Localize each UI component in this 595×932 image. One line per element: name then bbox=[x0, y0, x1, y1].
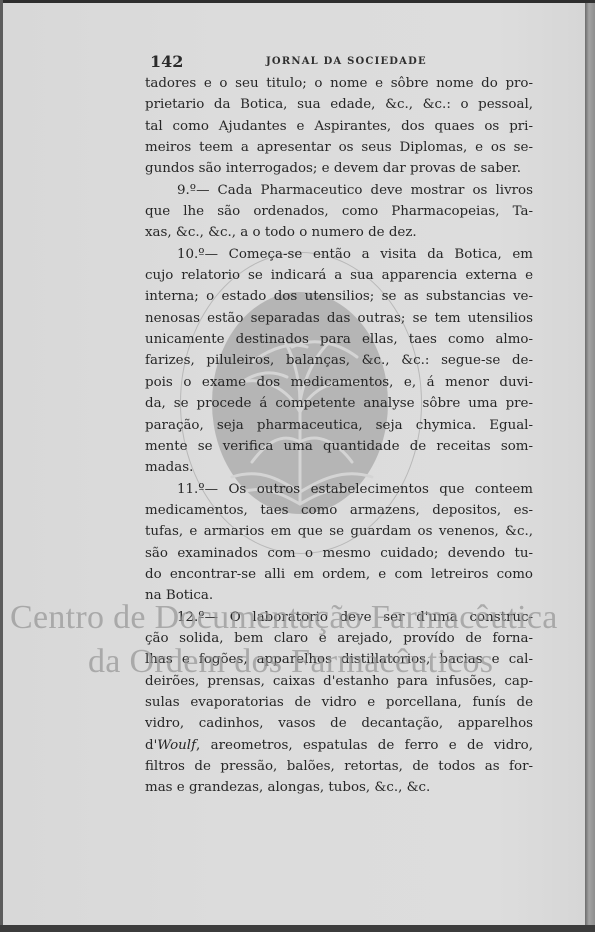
text-line: que lhe são ordenados, como Pharmacopeia… bbox=[145, 201, 533, 222]
text-line: mente se verifica uma quantidade de rece… bbox=[145, 436, 533, 457]
text-line: unicamente destinados para ellas, taes c… bbox=[145, 329, 533, 350]
text-line: meiros teem a apresentar os seus Diploma… bbox=[145, 137, 533, 158]
text-line-woulf: d'Woulf, areometros, espatulas de ferro … bbox=[145, 735, 533, 756]
text-line: pois o exame dos medicamentos, e, á meno… bbox=[145, 372, 533, 393]
text-line: xas, &c., &c., a o todo o numero de dez. bbox=[145, 222, 533, 243]
text-line: do encontrar-se alli em ordem, e com let… bbox=[145, 564, 533, 585]
text-line: nenosas estão separadas das outras; se t… bbox=[145, 308, 533, 329]
paragraph-10-start: 10.º— Começa-se então a visita da Botica… bbox=[145, 244, 533, 265]
text-line: medicamentos, taes como armazens, deposi… bbox=[145, 500, 533, 521]
text-line: gundos são interrogados; e devem dar pro… bbox=[145, 158, 533, 179]
text-line: filtros de pressão, balões, retortas, de… bbox=[145, 756, 533, 777]
text-line: paração, seja pharmaceutica, seja chymic… bbox=[145, 415, 533, 436]
page-edge-shadow bbox=[585, 3, 595, 932]
text-line: tufas, e armarios em que se guardam os v… bbox=[145, 521, 533, 542]
text-rest: , areometros, espatulas de ferro e de vi… bbox=[196, 738, 533, 753]
scan-left-border bbox=[0, 0, 3, 932]
text-line: cujo relatorio se indicará a sua apparen… bbox=[145, 265, 533, 286]
text-line: prietario da Botica, sua edade, &c., &c.… bbox=[145, 94, 533, 115]
running-head: JORNAL DA SOCIEDADE bbox=[266, 56, 427, 67]
text-line: madas. bbox=[145, 457, 533, 478]
text-line: tal como Ajudantes e Aspirantes, dos qua… bbox=[145, 116, 533, 137]
page-header: 142 JORNAL DA SOCIEDADE bbox=[150, 52, 540, 72]
page-number: 142 bbox=[150, 52, 183, 71]
body-text: tadores e o seu titulo; o nome e sôbre n… bbox=[145, 73, 533, 799]
text-line: sulas evaporatorias de vidro e porcellan… bbox=[145, 692, 533, 713]
text-line: da, se procede á competente analyse sôbr… bbox=[145, 393, 533, 414]
text-line: são examinados com o mesmo cuidado; deve… bbox=[145, 543, 533, 564]
italic-name-woulf: Woulf bbox=[157, 738, 196, 753]
text-line: interna; o estado dos utensilios; se as … bbox=[145, 286, 533, 307]
watermark-text-line-2: da Ordem dos Farmacêuticos bbox=[88, 643, 588, 681]
watermark-text-line-1: Centro de Documentação Farmacêutica bbox=[10, 599, 595, 637]
paragraph-9-start: 9.º— Cada Pharmaceutico deve mostrar os … bbox=[145, 180, 533, 201]
text-prefix: d' bbox=[145, 738, 157, 753]
text-line: tadores e o seu titulo; o nome e sôbre n… bbox=[145, 73, 533, 94]
scanned-page: 142 JORNAL DA SOCIEDADE tadores e o seu … bbox=[0, 0, 595, 932]
text-line: vidro, cadinhos, vasos de decantação, ap… bbox=[145, 713, 533, 734]
scan-top-border bbox=[0, 0, 595, 3]
text-line: farizes, piluleiros, balanças, &c., &c.:… bbox=[145, 350, 533, 371]
paragraph-11-start: 11.º— Os outros estabelecimentos que con… bbox=[145, 479, 533, 500]
text-line: mas e grandezas, alongas, tubos, &c., &c… bbox=[145, 777, 533, 798]
scan-bottom-border bbox=[0, 925, 595, 932]
